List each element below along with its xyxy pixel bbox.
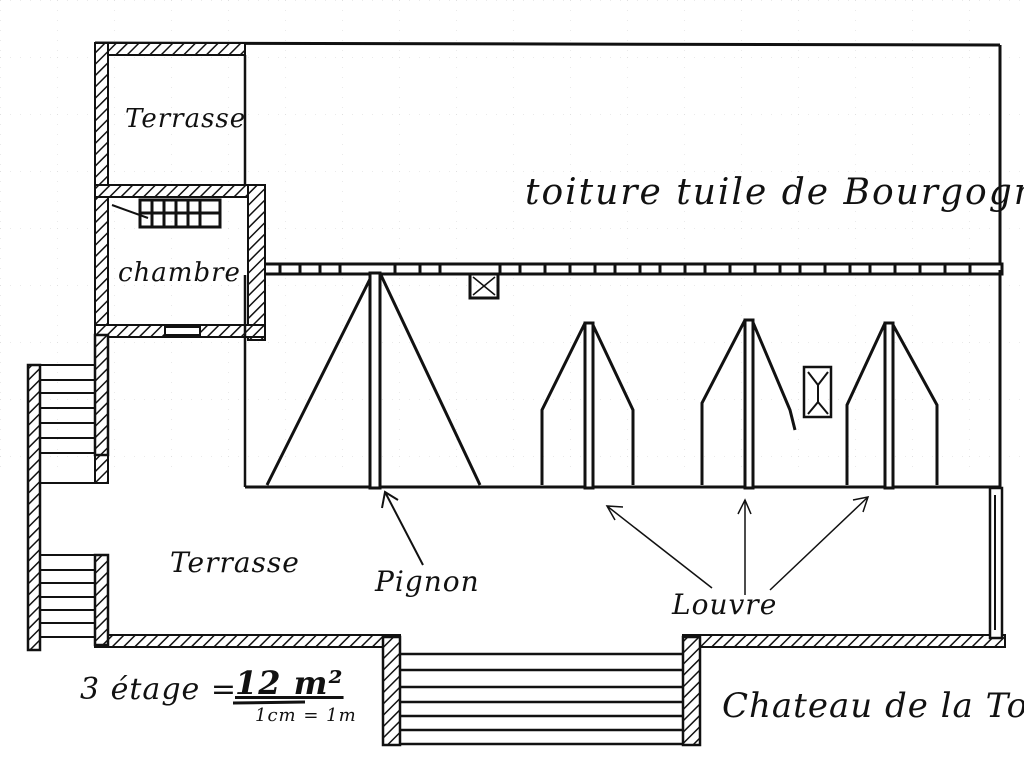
background-grid bbox=[0, 0, 1024, 470]
terrasse-top-label: Terrasse bbox=[125, 104, 246, 134]
chambre-label: chambre bbox=[118, 258, 241, 288]
pignon-label: Pignon bbox=[375, 565, 480, 598]
pignon-arrow bbox=[382, 492, 423, 565]
floor-note: 3 étage = bbox=[80, 672, 237, 707]
terrasse-bottom-label: Terrasse bbox=[170, 546, 300, 579]
scale-note: 1cm = 1m bbox=[255, 705, 357, 726]
louvre-arrows bbox=[607, 497, 868, 595]
area-value: 12 m² bbox=[235, 664, 344, 702]
roof-label: toiture tuile de Bourgogne bbox=[525, 172, 1024, 213]
louvre-label: Louvre bbox=[672, 588, 777, 621]
drawing-title: Chateau de la Tour bbox=[722, 686, 1024, 726]
front-steps bbox=[383, 637, 700, 745]
area-fraction-line bbox=[233, 702, 305, 703]
